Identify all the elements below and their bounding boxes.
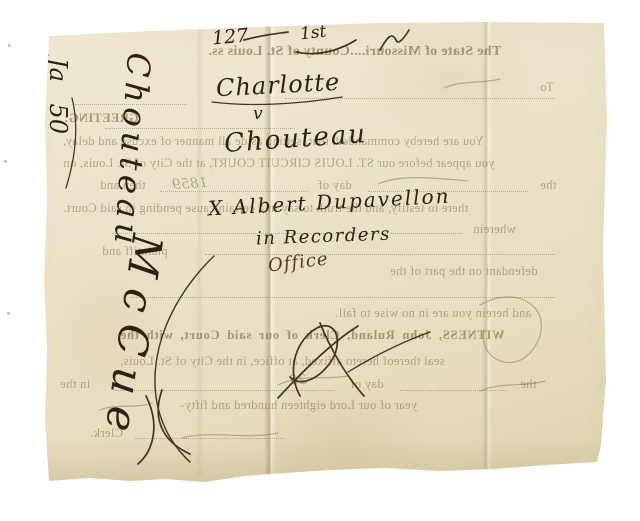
handwritten-office-line1: in Recorders bbox=[256, 224, 391, 250]
printed-nofail-mirrored: and herein you are in no wise to fail. bbox=[335, 306, 531, 321]
printed-to-mirrored: To bbox=[540, 80, 554, 95]
paper-stain bbox=[360, 20, 540, 140]
paper-bottom-shadow bbox=[0, 437, 640, 483]
handwritten-docket-number: 127 bbox=[211, 24, 249, 49]
printed-seal-mirrored: seal thereof hereto affixed, at office, … bbox=[120, 354, 445, 369]
dotted-rule bbox=[135, 437, 285, 439]
dotted-rule bbox=[285, 97, 555, 99]
bleed-squiggle-date-line bbox=[378, 178, 468, 184]
printed-inthe-mirrored: in the bbox=[60, 377, 90, 392]
handwritten-ordinal: 1st bbox=[299, 22, 327, 45]
dotted-rule bbox=[130, 296, 555, 298]
scan-speck bbox=[7, 312, 10, 315]
folded-subpoena-paper: The State of Missouri....County of St. L… bbox=[0, 0, 640, 521]
scan-speck bbox=[8, 44, 11, 47]
printed-witness-mirrored: WITNESS, John Ruland, Clerk of our said … bbox=[120, 328, 505, 343]
document-scan: The State of Missouri....County of St. L… bbox=[0, 0, 640, 521]
printed-wherein-mirrored: wherein bbox=[473, 222, 516, 237]
fold-crease-right bbox=[482, 20, 492, 475]
scan-speck bbox=[4, 160, 7, 163]
printed-defendant-mirrored: defendant on the part of the bbox=[390, 264, 538, 279]
handwritten-fold-name-top: Chouteau bbox=[106, 51, 158, 250]
printed-the-mirrored: the bbox=[540, 178, 556, 193]
printed-title-mirrored: The State of Missouri....County of St. L… bbox=[208, 44, 501, 60]
handwritten-versus: v bbox=[253, 104, 263, 124]
bleed-squiggle-to-line bbox=[445, 79, 500, 88]
bleed-date-26: 26 bbox=[290, 373, 307, 389]
printed-the2-mirrored: the bbox=[520, 377, 536, 392]
handwritten-defendant-name: Chouteau bbox=[223, 119, 368, 159]
printed-dayof2-mirrored: day of bbox=[350, 377, 384, 392]
dotted-rule bbox=[400, 389, 508, 391]
dotted-rule bbox=[205, 253, 555, 255]
ink-dash-after-number bbox=[244, 32, 288, 40]
handwritten-fee-note: Ja 50 bbox=[44, 58, 72, 134]
printed-year-mirrored: year of our Lord eighteen hundred and fi… bbox=[180, 398, 417, 413]
